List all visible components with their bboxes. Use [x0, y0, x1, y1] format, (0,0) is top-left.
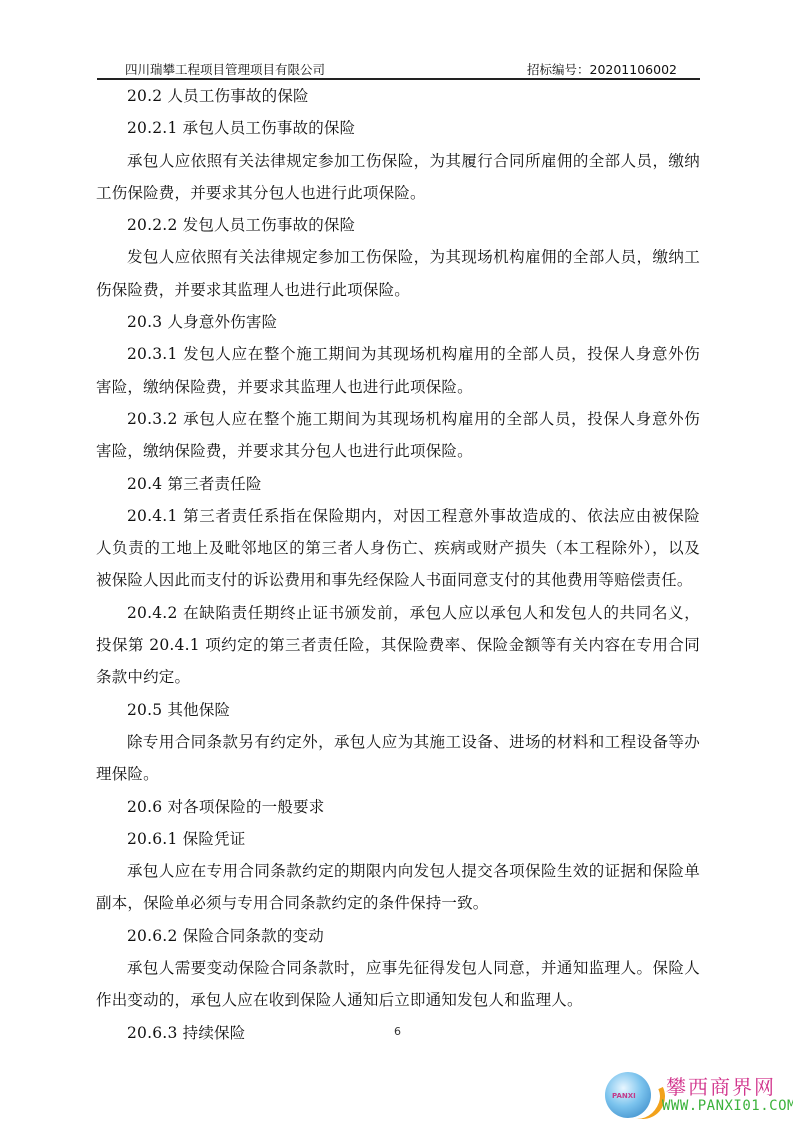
watermark-logo: PANXI 攀西商界网 WWW.PANXI01.COM	[600, 1068, 793, 1122]
paragraph: 承包人应在专用合同条款约定的期限内向发包人提交各项保险生效的证据和保险单副本，保…	[96, 855, 700, 920]
paragraph: 20.3.2 承包人应在整个施工期间为其现场机构雇用的全部人员，投保人身意外伤害…	[96, 403, 700, 468]
globe-label: PANXI	[612, 1092, 636, 1100]
brand-url: WWW.PANXI01.COM	[662, 1098, 793, 1114]
section-heading-20-6-1: 20.6.1 保险凭证	[96, 823, 700, 855]
paragraph: 20.4.1 第三者责任系指在保险期内，对因工程意外事故造成的、依法应由被保险人…	[96, 500, 700, 597]
header-company-name: 四川瑞攀工程项目管理项目有限公司	[125, 60, 325, 78]
paragraph: 承包人需要变动保险合同条款时，应事先征得发包人同意，并通知监理人。保险人作出变动…	[96, 952, 700, 1017]
section-heading-20-4: 20.4 第三者责任险	[96, 468, 700, 500]
page-header: 四川瑞攀工程项目管理项目有限公司 招标编号：20201106002	[97, 58, 700, 80]
header-tender-number: 招标编号：20201106002	[527, 60, 677, 78]
document-body: 20.2 人员工伤事故的保险 20.2.1 承包人员工伤事故的保险 承包人应依照…	[96, 80, 700, 1049]
paragraph: 发包人应依照有关法律规定参加工伤保险，为其现场机构雇佣的全部人员，缴纳工伤保险费…	[96, 241, 700, 306]
section-heading-20-6-2: 20.6.2 保险合同条款的变动	[96, 920, 700, 952]
section-heading-20-5: 20.5 其他保险	[96, 694, 700, 726]
section-heading-20-2-1: 20.2.1 承包人员工伤事故的保险	[96, 112, 700, 144]
paragraph: 除专用合同条款另有约定外，承包人应为其施工设备、进场的材料和工程设备等办理保险。	[96, 726, 700, 791]
paragraph: 承包人应依照有关法律规定参加工伤保险，为其履行合同所雇佣的全部人员，缴纳工伤保险…	[96, 145, 700, 210]
section-heading-20-6: 20.6 对各项保险的一般要求	[96, 791, 700, 823]
brand-name: 攀西商界网	[666, 1071, 776, 1100]
section-heading-20-2: 20.2 人员工伤事故的保险	[96, 80, 700, 112]
paragraph: 20.4.2 在缺陷责任期终止证书颁发前，承包人应以承包人和发包人的共同名义，投…	[96, 597, 700, 694]
page-number: 6	[394, 1025, 401, 1038]
section-heading-20-3: 20.3 人身意外伤害险	[96, 306, 700, 338]
paragraph: 20.3.1 发包人应在整个施工期间为其现场机构雇用的全部人员，投保人身意外伤害…	[96, 338, 700, 403]
section-heading-20-2-2: 20.2.2 发包人员工伤事故的保险	[96, 209, 700, 241]
